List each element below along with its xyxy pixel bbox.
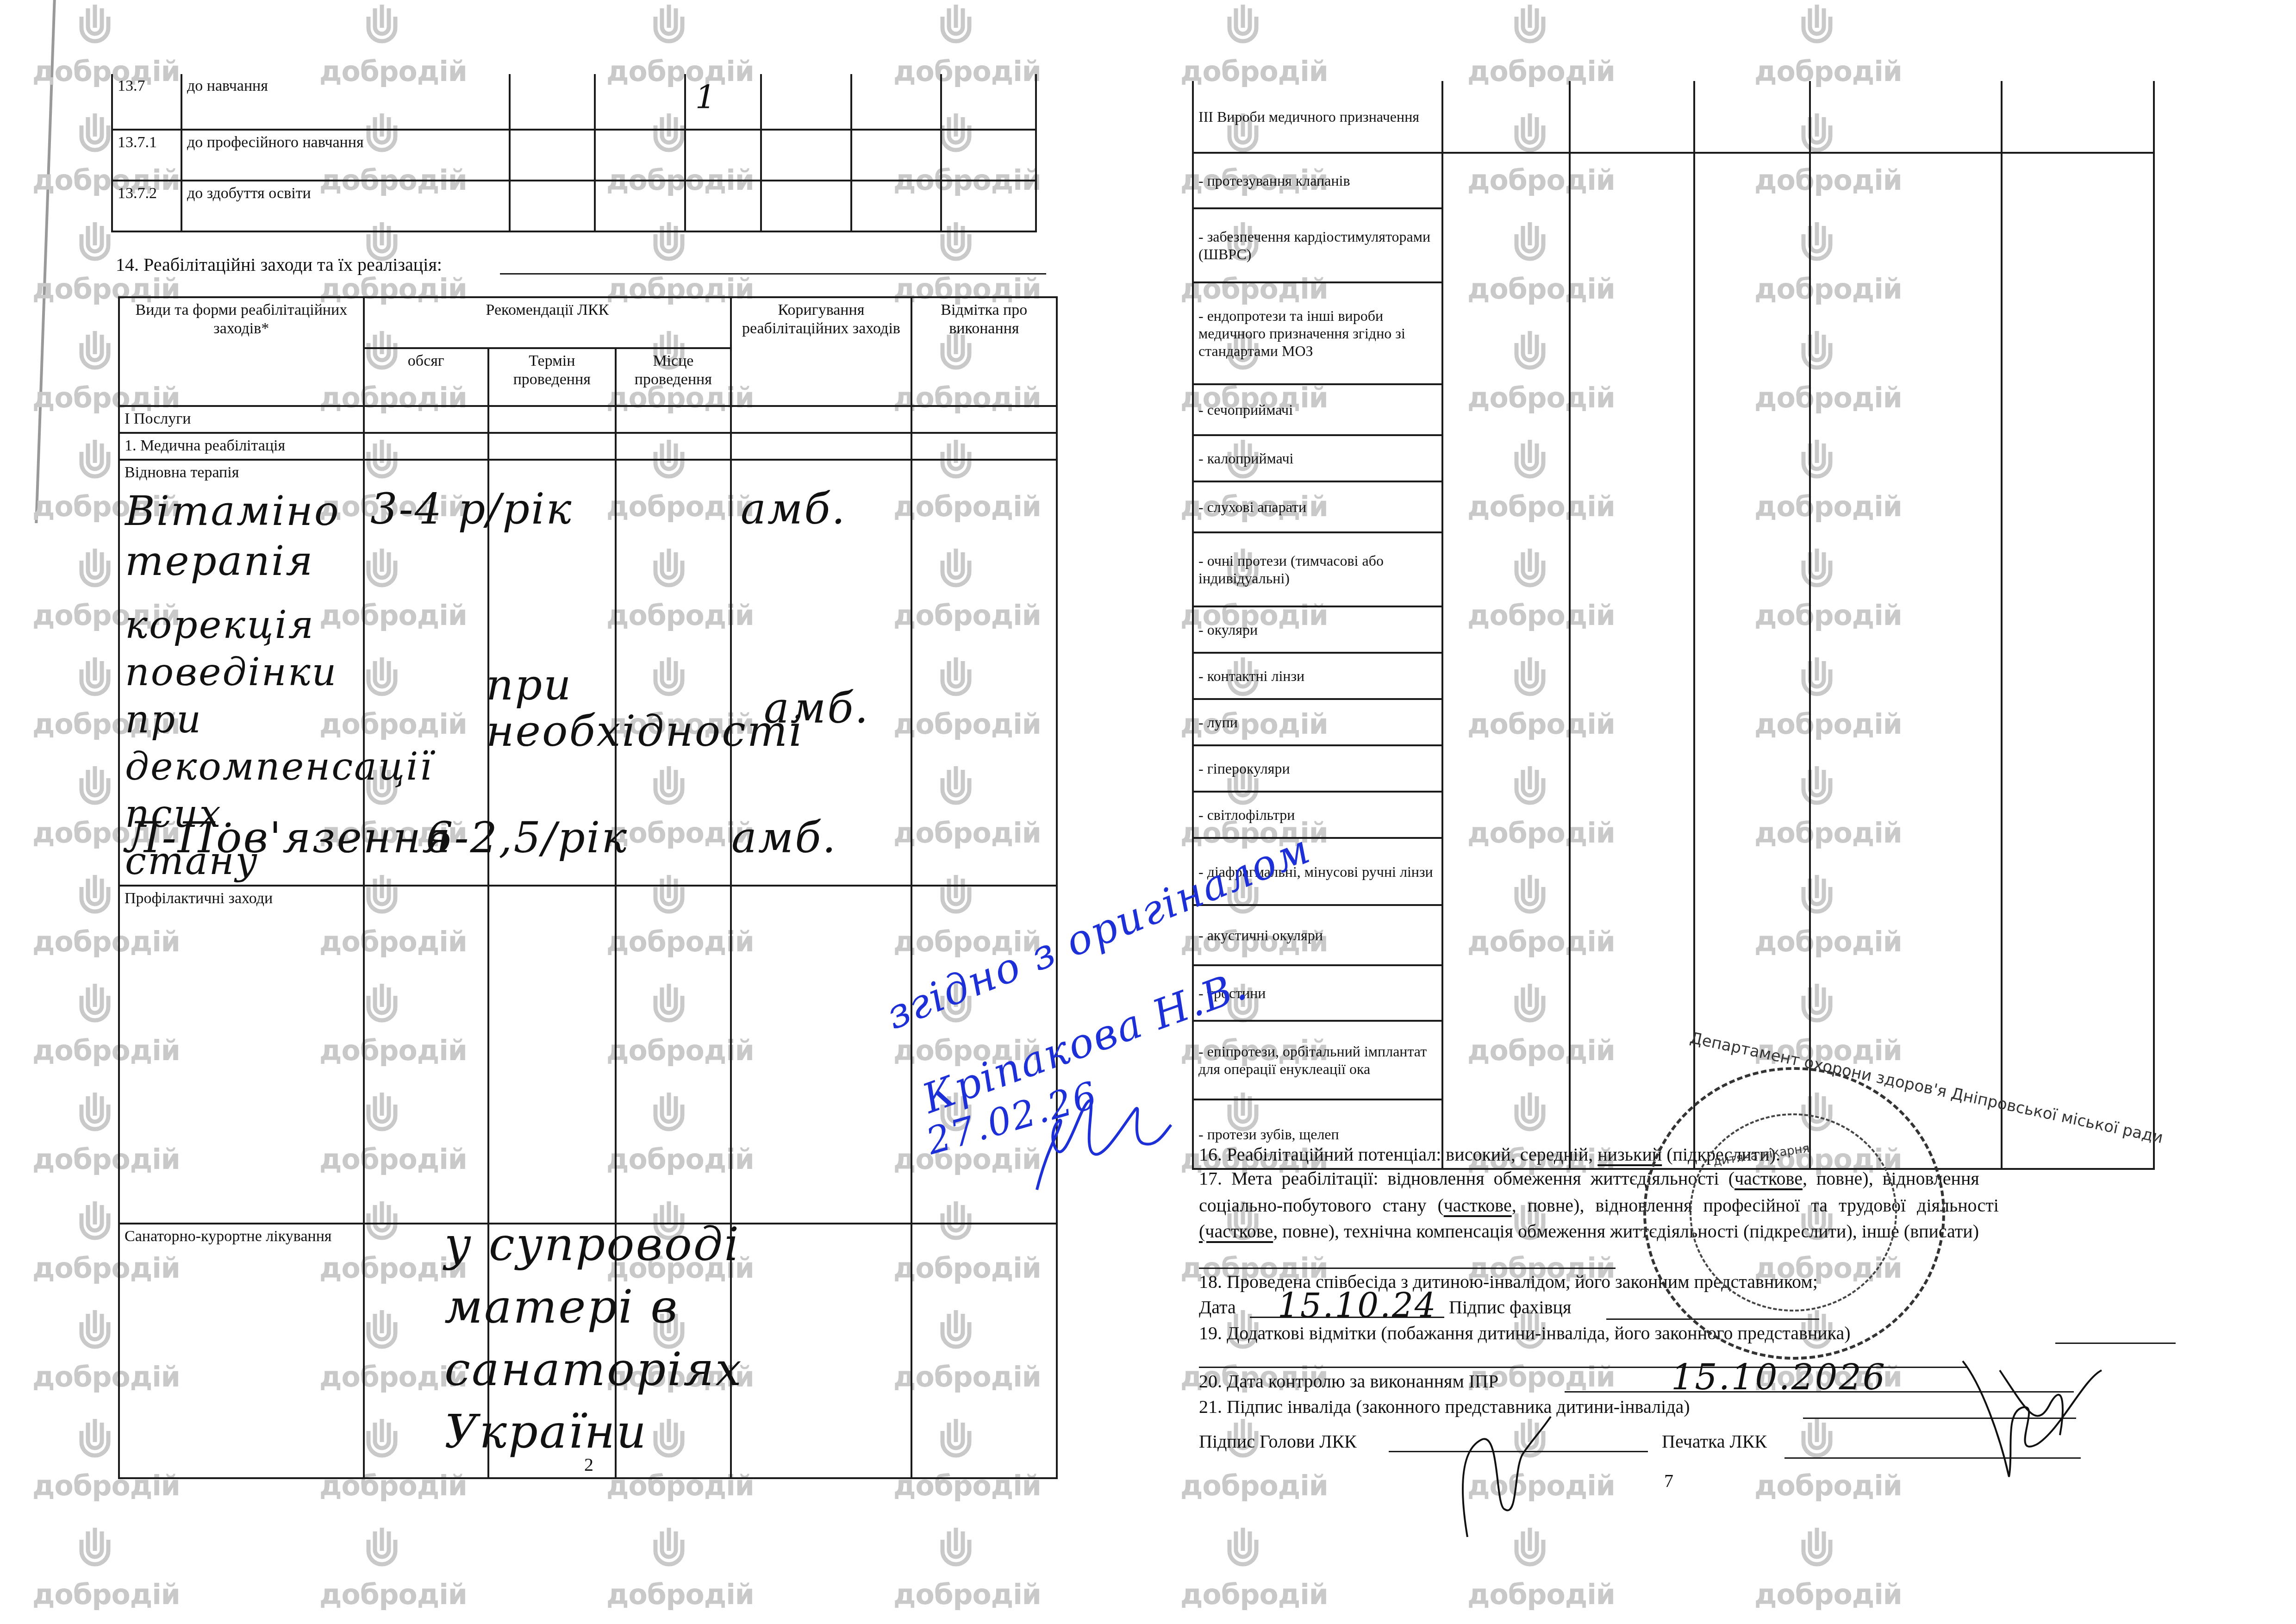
watermark-logo-icon [653,5,685,47]
watermark-logo-icon [79,549,111,591]
table-row: - очні протези (тимчасові або індивідуал… [1193,532,2154,606]
header-completion-mark: Відмітка про виконання [911,297,1057,406]
handwritten-therapy-1: Вітамінотерапія [125,486,375,586]
device-item-label: - світлофільтри [1193,792,1442,838]
watermark-logo-icon [79,1528,111,1570]
table-row: - протезування клапанів [1193,153,2154,208]
watermark-logo-icon [940,1528,972,1570]
watermark-logo-icon [79,657,111,700]
device-item-label: - калоприймачі [1193,435,1442,481]
watermark-logo-icon [1801,1419,1833,1462]
watermark-logo-icon [1227,1528,1259,1570]
device-item-label: - очні протези (тимчасові або індивідуал… [1193,532,1442,606]
watermark-logo-icon [79,222,111,265]
table-row: - гіперокуляри [1193,745,2154,792]
table-row: - діафрагмальні, мінусові ручні лінзи [1193,838,2154,905]
page-number: 7 [1664,1470,1673,1492]
device-item-label: - акустичні окуляри [1193,905,1442,965]
row-preventive: Профілактичні заходи [119,886,364,1224]
item-18-date-label: Дата [1199,1296,1236,1318]
watermark-logo-icon [366,5,398,47]
table-row: - акустичні окуляри [1193,905,2154,965]
row-label: до здобуття освіти [181,181,510,231]
handwritten-therapy-1-volume: 3-4 р/рік [370,486,573,532]
handwritten-therapy-1-place: амб. [741,486,847,532]
watermark-text: добродій [1467,1579,1615,1611]
watermark-logo-icon [79,875,111,918]
device-item-label: ІІІ Вироби медичного призначення [1193,81,1442,153]
watermark-logo-icon [1801,1528,1833,1570]
table-row: - сечоприймачі [1193,384,2154,435]
watermark-logo-icon [79,1419,111,1462]
table-13-readiness: 13.7 до навчання 1 13.7.1 до професійног… [111,74,1037,232]
watermark-logo-icon [79,984,111,1026]
table-row: - калоприймачі [1193,435,2154,481]
watermark-logo-icon [79,331,111,374]
item-21-label: 21. Підпис інваліда (законного представн… [1199,1396,1690,1418]
watermark-text: добродій [1180,1470,1328,1502]
head-signature-label: Підпис Голови ЛКК [1199,1430,1357,1453]
page-number: 2 [584,1454,593,1475]
device-item-label: - протезування клапанів [1193,153,1442,208]
watermark-text: добродій [893,1579,1041,1611]
header-term: Термін проведення [488,348,616,406]
handwritten-therapy-3-volume: 6-2,5/рік [426,815,628,861]
watermark-logo-icon [366,1528,398,1570]
table-row: ІІІ Вироби медичного призначення [1193,81,2154,153]
item-18-signature-label: Підпис фахівця [1449,1296,1571,1318]
head-signature [1454,1412,1560,1542]
watermark-logo-icon [653,1528,685,1570]
row-label: до професійного навчання [181,130,510,181]
device-item-label: - сечоприймачі [1193,384,1442,435]
table-row: I Послуги [119,406,1057,433]
table-row: - епіпротези, орбітальний імплантат для … [1193,1021,2154,1099]
table-row: Профілактичні заходи [119,886,1057,1224]
device-item-label: - слухові апарати [1193,481,1442,532]
watermark-logo-icon [79,1201,111,1244]
item-20-label: 20. Дата контролю за виконанням ІПР [1199,1370,1498,1393]
blue-signature [1028,1083,1176,1204]
device-item-label: - окуляри [1193,606,1442,653]
watermark-logo-icon [79,1310,111,1353]
table-row: - ендопротези та інші вироби медичного п… [1193,282,2154,384]
watermark-text: добродій [32,1579,180,1611]
handwritten-mark: 1 [695,74,717,120]
row-number: 13.7.2 [112,181,181,231]
handwritten-therapy-3-place: амб. [731,815,837,861]
table-row: 13.7 до навчання 1 [112,74,1036,130]
row-number: 13.7.1 [112,130,181,181]
watermark-logo-icon [79,766,111,809]
watermark-text: добродій [606,1579,754,1611]
device-item-label: - контактні лінзи [1193,653,1442,699]
watermark-logo-icon [79,1093,111,1135]
device-item-label: - забезпечення кардіостимуляторами (ШВРС… [1193,208,1442,282]
item-18-date-value: 15.10.24 [1278,1282,1437,1329]
seal-signature [1944,1343,2120,1491]
watermark-text: добродій [1754,1470,1902,1502]
device-item-label: - гіперокуляри [1193,745,1442,792]
selected-potential: низький [1597,1144,1662,1165]
watermark-logo-icon [79,5,111,47]
row-sanatorium: Санаторно-курортне лікування [119,1224,364,1478]
table-row: - окуляри [1193,606,2154,653]
device-item-label: - лупи [1193,699,1442,745]
watermark-logo-icon [1801,5,1833,47]
header-correction: Коригування реабілітаційних заходів [731,297,911,406]
handwritten-therapy-3: Л-Пов'язення [125,815,452,861]
watermark-text: добродій [1754,1579,1902,1611]
watermark-logo-icon [1514,5,1546,47]
watermark-logo-icon [1227,5,1259,47]
page-binding-edge [35,0,56,523]
table-row: - забезпечення кардіостимуляторами (ШВРС… [1193,208,2154,282]
row-number: 13.7 [112,74,181,130]
table-row: 13.7.2 до здобуття освіти [112,181,1036,231]
table-row: - лупи [1193,699,2154,745]
watermark-text: добродій [319,1579,467,1611]
item-20-value: 15.10.2026 [1671,1354,1886,1400]
section-14-title: 14. Реабілітаційні заходи та їх реалізац… [116,254,442,276]
row-label: до навчання [181,74,510,130]
table-row: 1. Медична реабілітація [119,433,1057,460]
header-measure-types: Види та форми реабілітаційних заходів* [119,297,364,406]
watermark-logo-icon [79,113,111,156]
table-row: - тростини [1193,965,2154,1021]
device-item-label: - ендопротези та інші вироби медичного п… [1193,282,1442,384]
watermark-logo-icon [79,440,111,482]
table-medical-devices: ІІІ Вироби медичного призначення- протез… [1192,81,2155,1170]
header-lkk-recommendations: Рекомендації ЛКК [364,297,731,348]
handwritten-therapy-2-term: при необхідності [486,662,717,755]
header-place: Місце проведення [616,348,731,406]
table-row: - слухові апарати [1193,481,2154,532]
device-item-label: - епіпротези, орбітальний імплантат для … [1193,1021,1442,1099]
header-volume: обсяг [364,348,488,406]
table-row: 13.7.1 до професійного навчання [112,130,1036,181]
table-row: - світлофільтри [1193,792,2154,838]
row-medical-rehab: 1. Медична реабілітація [119,433,364,460]
table-row: - контактні лінзи [1193,653,2154,699]
row-services: I Послуги [119,406,364,433]
watermark-logo-icon [940,5,972,47]
watermark-text: добродій [1180,1579,1328,1611]
handwritten-therapy-2-place: амб. [764,685,870,731]
seal-label: Печатка ЛКК [1662,1430,1767,1453]
handwritten-sanatorium-note: у супроводі матері в санаторіях України [444,1213,907,1463]
